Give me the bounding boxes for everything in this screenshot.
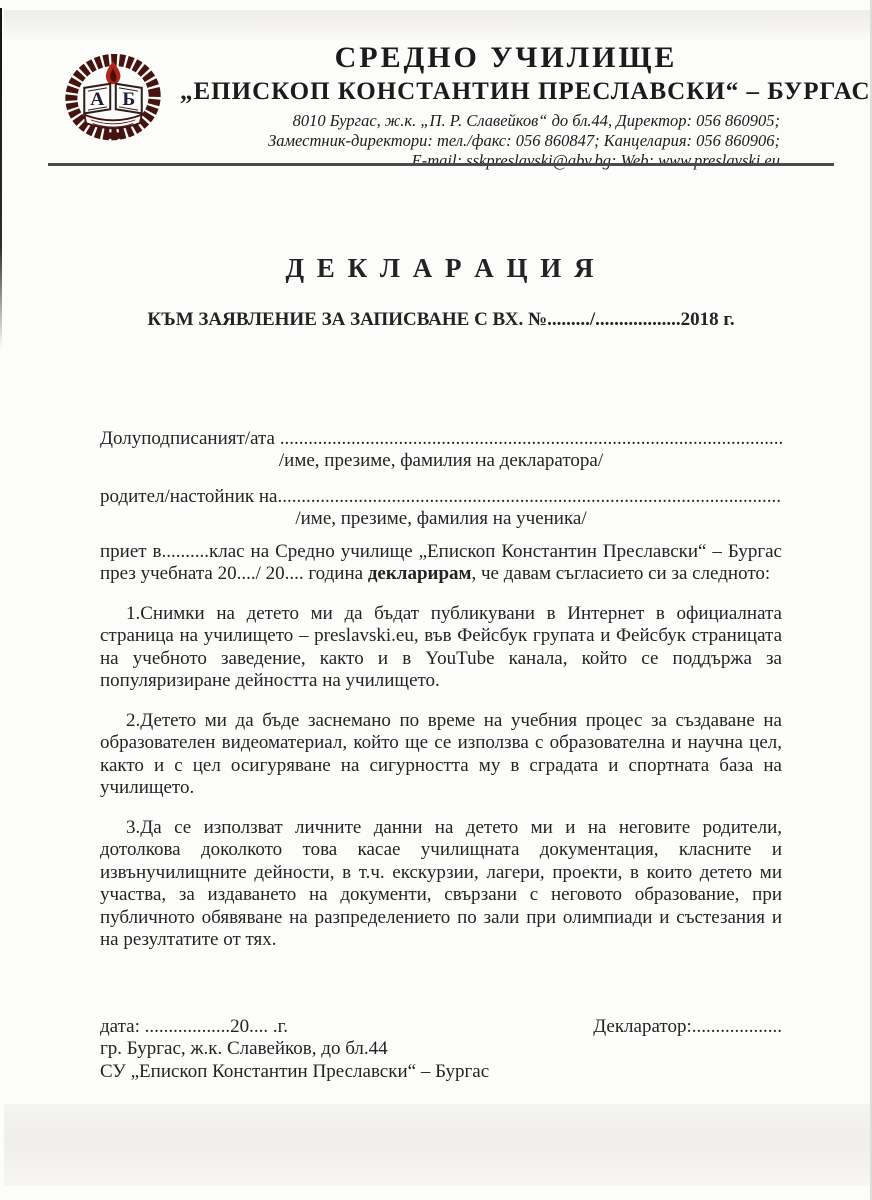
signature-block: дата: ..................20.... .г. Декла…	[100, 1016, 782, 1084]
date-line: дата: ..................20.... .г.	[100, 1016, 288, 1039]
logo-letter-b: Б	[122, 89, 135, 110]
intro-text-post: , че давам съгласието си за следното:	[472, 563, 771, 584]
declaration-item-3: 3.Да се използват личните данни на детет…	[100, 817, 782, 952]
scan-artifact-bottom	[4, 1104, 870, 1186]
intro-text-bold: декларирам	[368, 563, 472, 584]
declaration-item-2: 2.Детето ми да бъде заснемано по време н…	[100, 710, 782, 800]
logo-year-tablet	[106, 132, 121, 138]
logo-ribbon	[84, 115, 141, 128]
student-name-line: родител/настойник на....................…	[100, 486, 782, 509]
scan-artifact-top	[4, 10, 870, 40]
contact-block: 8010 Бургас, ж.к. „П. Р. Славейков“ до б…	[180, 111, 780, 171]
school-name-title: „ЕПИСКОП КОНСТАНТИН ПРЕСЛАВСКИ“ – БУРГАС	[180, 77, 832, 107]
school-name-line: СУ „Епископ Константин Преславски“ – Бур…	[100, 1061, 782, 1084]
student-name-caption: /име, презиме, фамилия на ученика/	[100, 508, 782, 531]
declarant-name-line: Долуподписаният/ата ....................…	[100, 428, 782, 451]
contact-phones: Заместник-директори: тел./факс: 056 8608…	[180, 131, 780, 151]
school-logo: А Б	[62, 54, 164, 144]
document-body: Д Е К Л А Р А Ц И Я КЪМ ЗАЯВЛЕНИЕ ЗА ЗАП…	[100, 252, 782, 1083]
document-subtitle: КЪМ ЗАЯВЛЕНИЕ ЗА ЗАПИСВАНЕ С ВХ. №......…	[100, 309, 782, 332]
school-address-line: гр. Бургас, ж.к. Славейков, до бл.44	[100, 1038, 782, 1061]
declaration-item-1: 1.Снимки на детето ми да бъдат публикува…	[100, 603, 782, 693]
header-divider	[48, 163, 834, 166]
declarant-name-caption: /име, презиме, фамилия на декларатора/	[100, 450, 782, 473]
scanned-declaration-page: А Б СРЕДНО УЧИЛИЩЕ „ЕПИСКОП КОНСТАНТИН П…	[0, 0, 872, 1200]
contact-email-web: E-mail: sskpreslavski@abv.bg: Web: www.p…	[180, 151, 780, 171]
intro-paragraph: приет в..........клас на Средно училище …	[100, 541, 782, 586]
school-type-title: СРЕДНО УЧИЛИЩЕ	[180, 42, 832, 74]
contact-address: 8010 Бургас, ж.к. „П. Р. Славейков“ до б…	[180, 111, 780, 131]
document-title: Д Е К Л А Р А Ц И Я	[100, 252, 782, 284]
letterhead: А Б СРЕДНО УЧИЛИЩЕ „ЕПИСКОП КОНСТАНТИН П…	[0, 42, 872, 171]
logo-letter-a: А	[90, 89, 104, 110]
declarator-signature-line: Декларатор:...................	[593, 1016, 782, 1039]
